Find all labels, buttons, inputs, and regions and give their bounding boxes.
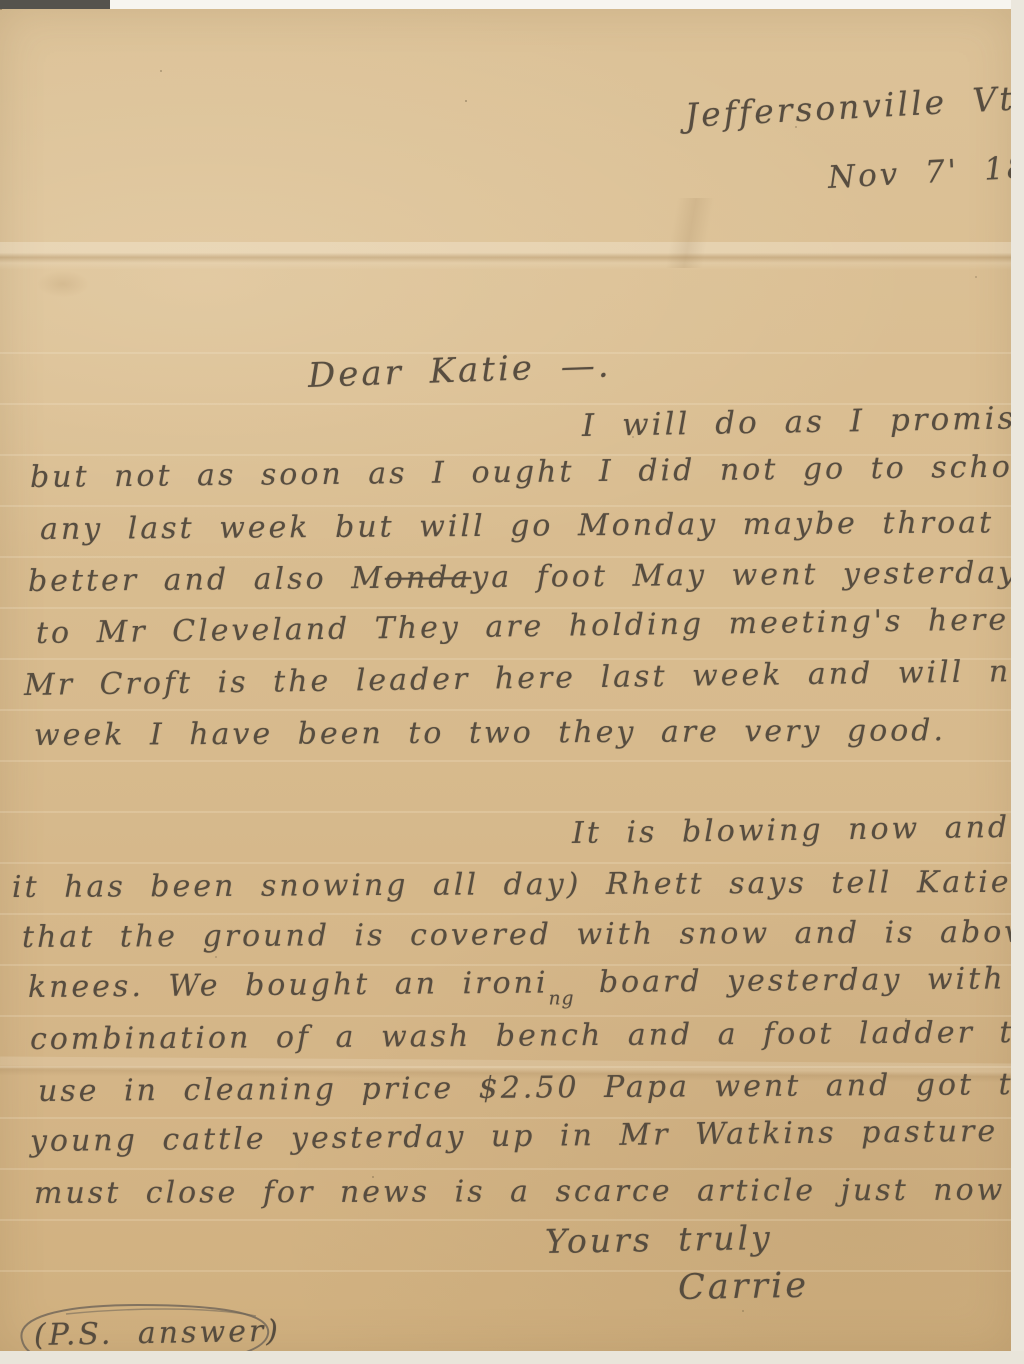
fold-crease-top	[0, 242, 1013, 270]
scan-edge-bottom	[0, 1351, 1024, 1364]
letter-line: to Mr Cleveland They are holding meeting…	[36, 601, 1024, 651]
closing: Yours truly	[545, 1218, 773, 1261]
letter-line: week I have been to two they are very go…	[34, 713, 946, 753]
letter-line: It is blowing now and	[572, 810, 1011, 851]
letter-line: it has been snowing all day) Rhett says …	[12, 865, 1012, 905]
letter-place: Jeffersonville Vt	[684, 79, 1017, 135]
signature: Carrie	[678, 1266, 810, 1308]
letter-line: but not as soon as I ought I did not go …	[30, 449, 1024, 495]
letter-line: any last week but will go Monday maybe t…	[40, 505, 1024, 547]
scan-edge-right	[1011, 0, 1024, 1364]
letter-line: better and also Mondaya foot May went ye…	[28, 555, 1019, 599]
fold-crease-diagonal	[580, 198, 800, 268]
inserted-text: ng	[549, 988, 575, 1009]
letter-line: use in cleaning price $2.50 Papa went an…	[38, 1067, 1024, 1109]
letter-line: combination of a wash bench and a foot l…	[30, 1015, 1024, 1057]
scanned-letter: Jeffersonville Vt Nov 7' 1886 Dear Katie…	[0, 0, 1024, 1364]
letter-line: I will do as I promised	[582, 400, 1024, 444]
paper-stain	[28, 266, 98, 302]
letter-line: knees. We bought an ironing board yester…	[28, 961, 1024, 1014]
letter-date: Nov 7' 1886	[827, 147, 1024, 196]
letter-line: must close for news is a scarce article …	[34, 1173, 1005, 1211]
struck-word: onda	[385, 560, 472, 596]
letter-line: young cattle yesterday up in Mr Watkins …	[30, 1114, 998, 1159]
salutation: Dear Katie —.	[307, 345, 612, 396]
line-text: board yesterday with a	[574, 961, 1024, 1000]
postscript: (P.S. answer)	[34, 1314, 282, 1353]
line-text: better and also M	[28, 561, 385, 599]
line-text: knees. We bought an ironi	[28, 965, 549, 1005]
letter-line: that the ground is covered with snow and…	[22, 914, 1024, 955]
letter-line: Mr Croft is the leader here last week an…	[24, 653, 1024, 703]
line-text: ya foot May went yesterday	[471, 555, 1018, 595]
scan-edge-top	[0, 0, 1024, 9]
letter-paper: Jeffersonville Vt Nov 7' 1886 Dear Katie…	[0, 8, 1013, 1353]
